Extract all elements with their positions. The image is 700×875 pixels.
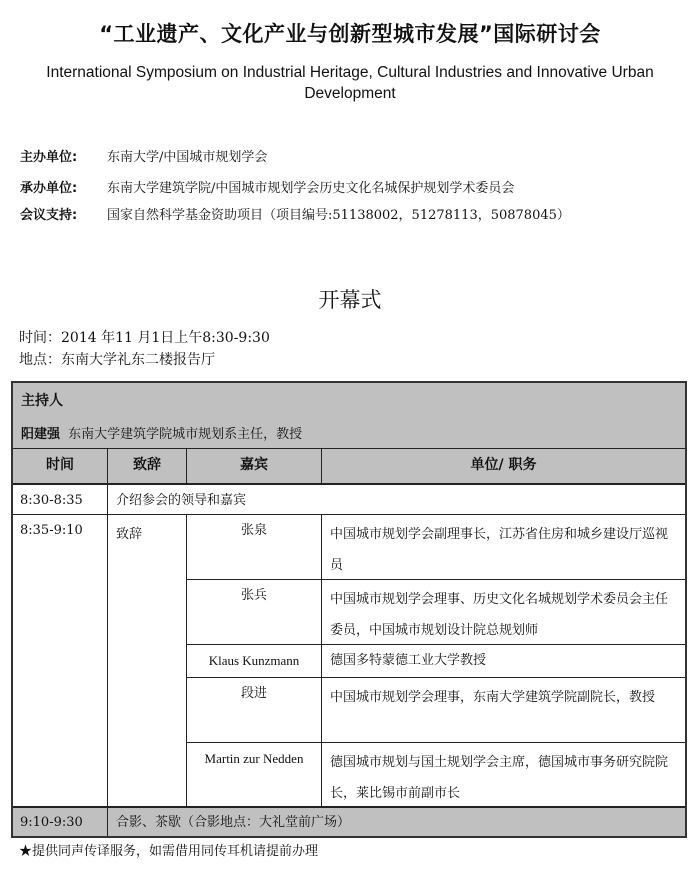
col-header-guest: 嘉宾 (186, 448, 321, 483)
intro-time: 8:30-8:35 (13, 483, 107, 514)
host-title: 东南大学建筑学院城市规划系主任，教授 (68, 427, 302, 442)
session-time: 时间：2014 年11 月1日上午8:30-9:30 (19, 327, 270, 347)
guest-name: 张兵 (186, 579, 321, 644)
guest-affiliation: 中国城市规划学会理事，东南大学建筑学院副院长，教授 (321, 677, 685, 742)
organizer-host: 主办单位:东南大学/中国城市规划学会 (20, 146, 267, 165)
guest-affiliation: 德国多特蒙德工业大学教授 (321, 644, 685, 677)
title-en: International Symposium on Industrial He… (20, 62, 680, 104)
guest-name: Martin zur Nedden (186, 742, 321, 806)
col-header-time: 时间 (13, 448, 107, 483)
guest-affiliation: 中国城市规划学会副理事长，江苏省住房和城乡建设厅巡视员 (321, 514, 685, 579)
organizer-label: 承办单位: (20, 177, 107, 196)
organizer-label: 主办单位: (20, 146, 107, 165)
final-text: 合影、茶歇（合影地点：大礼堂前广场） (107, 806, 685, 836)
host-label: 主持人 (21, 390, 63, 410)
intro-text: 介绍参会的领导和嘉宾 (107, 483, 685, 514)
speech-time: 8:35-9:10 (13, 514, 107, 806)
section-title: 开幕式 (0, 284, 700, 314)
guest-name: Klaus Kunzmann (186, 644, 321, 677)
col-header-speech: 致辞 (107, 448, 186, 483)
organizer-co: 承办单位:东南大学建筑学院/中国城市规划学会历史文化名城保护规划学术委员会 (20, 177, 514, 196)
guest-affiliation: 德国城市规划与国土规划学会主席，德国城市事务研究院院长，莱比锡市前副市长 (321, 742, 685, 806)
organizer-value: 东南大学/中国城市规划学会 (107, 150, 267, 165)
host-name: 阳建强 (21, 427, 60, 442)
final-time: 9:10-9:30 (13, 806, 107, 836)
organizer-value: 东南大学建筑学院/中国城市规划学会历史文化名城保护规划学术委员会 (107, 181, 514, 196)
speech-type: 致辞 (107, 514, 186, 806)
organizer-label: 会议支持: (20, 204, 107, 223)
title-cn: “工业遗产、文化产业与创新型城市发展”国际研讨会 (0, 18, 700, 48)
organizer-value: 国家自然科学基金资助项目（项目编号:51138002，51278113，5087… (107, 208, 570, 223)
session-place: 地点：东南大学礼东二楼报告厅 (19, 349, 215, 369)
host-block: 主持人 阳建强 东南大学建筑学院城市规划系主任，教授 (13, 383, 685, 448)
organizer-support: 会议支持:国家自然科学基金资助项目（项目编号:51138002，51278113… (20, 204, 570, 223)
guest-name: 段进 (186, 677, 321, 742)
footnote: ★提供同声传译服务，如需借用同传耳机请提前办理 (19, 840, 318, 859)
guest-name: 张泉 (186, 514, 321, 579)
guest-affiliation: 中国城市规划学会理事、历史文化名城规划学术委员会主任委员，中国城市规划设计院总规… (321, 579, 685, 644)
schedule-table: 主持人 阳建强 东南大学建筑学院城市规划系主任，教授 时间 致辞 嘉宾 单位/ … (11, 381, 687, 838)
col-header-affiliation: 单位/ 职务 (321, 448, 685, 483)
